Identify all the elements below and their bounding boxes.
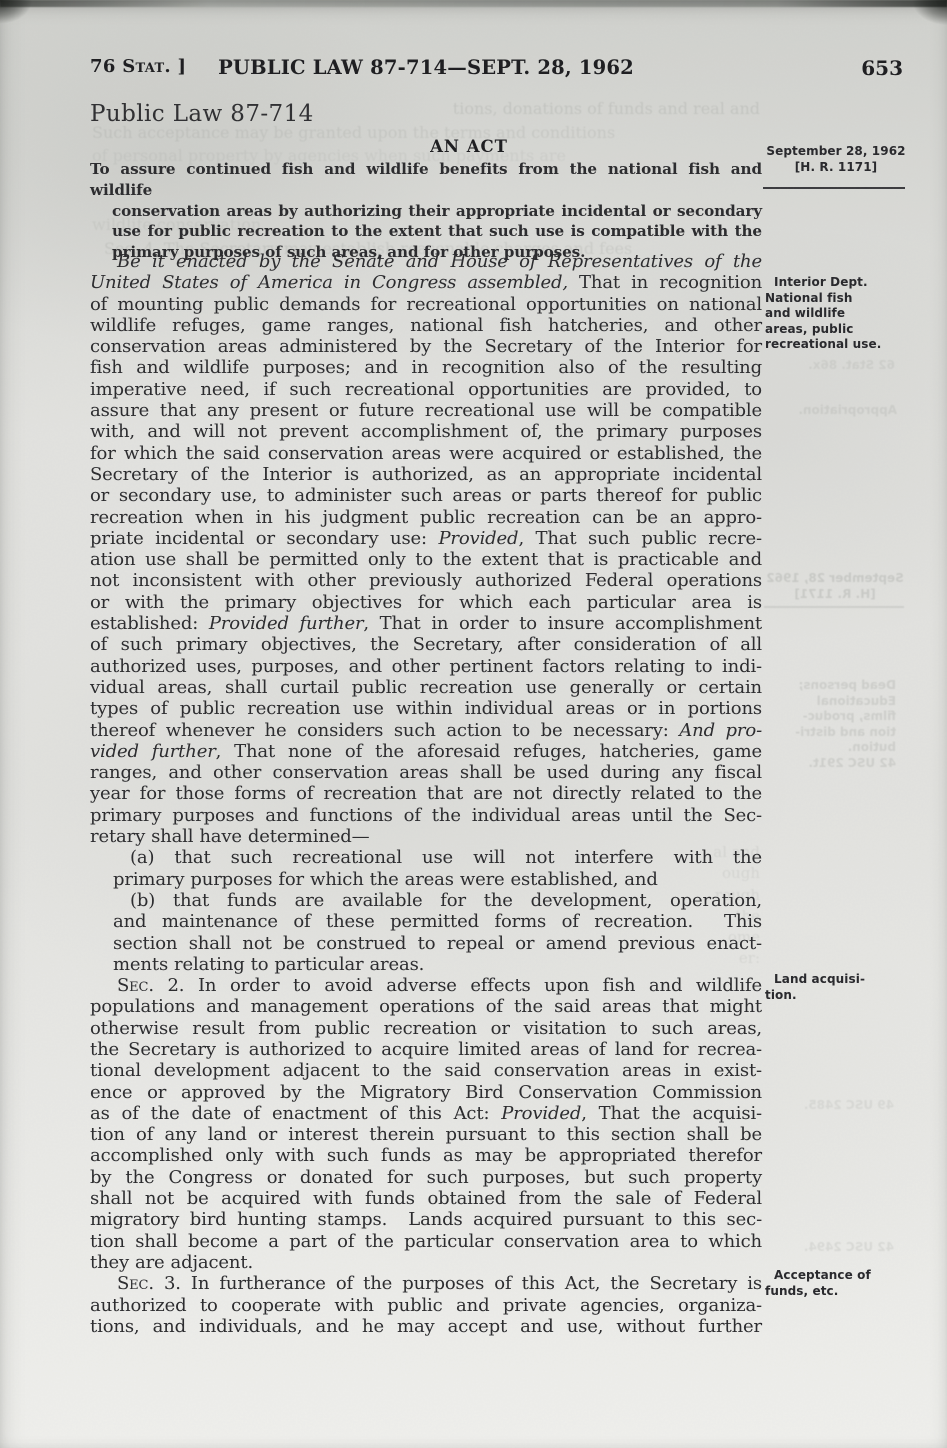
body-line: (b) that funds are available for the dev… bbox=[113, 890, 762, 911]
body-line: section shall not be construed to repeal… bbox=[113, 933, 762, 954]
body-line: retary shall have determined— bbox=[90, 826, 762, 847]
body-line: primary purposes for which the areas wer… bbox=[113, 869, 762, 890]
body-line: tion of any land or interest therein pur… bbox=[90, 1124, 762, 1145]
bleedthrough-text: Appropriation. bbox=[772, 403, 897, 417]
margin-note-line: Acceptance of bbox=[765, 1268, 907, 1284]
margin-note-line: and wildlife bbox=[765, 306, 907, 322]
margin-note-line: National fish bbox=[765, 291, 907, 307]
running-head: 76 Stat. ] PUBLIC LAW 87-714—SEPT. 28, 1… bbox=[0, 56, 947, 82]
scanned-statute-page: 76 Stat. ] PUBLIC LAW 87-714—SEPT. 28, 1… bbox=[0, 0, 947, 1448]
body-line: ments relating to particular areas. bbox=[113, 954, 762, 975]
body-line: (a) that such recreational use will not … bbox=[113, 847, 762, 868]
body-line: assure that any present or future recrea… bbox=[90, 400, 762, 421]
margin-note-rule bbox=[763, 187, 905, 189]
body-line: authorized to cooperate with public and … bbox=[90, 1295, 762, 1316]
body-line: ation use shall be permitted only to the… bbox=[90, 549, 762, 570]
body-line: the Secretary is authorized to acquire l… bbox=[90, 1039, 762, 1060]
margin-note-land-acquisition: Land acquisi-tion. bbox=[765, 972, 907, 1003]
body-line: tion shall become a part of the particul… bbox=[90, 1231, 762, 1252]
body-line: Be it enacted by the Senate and House of… bbox=[90, 251, 762, 272]
bleedthrough-text: tions, donations of funds and real and bbox=[298, 99, 760, 118]
body-line: and maintenance of these permitted forms… bbox=[113, 911, 762, 932]
body-line: established: Provided further, That in o… bbox=[90, 613, 762, 634]
body-line: United States of America in Congress ass… bbox=[90, 272, 762, 293]
body-line: ranges, and other conservation areas sha… bbox=[90, 762, 762, 783]
margin-note-line: [H. R. 1171] bbox=[765, 160, 907, 176]
margin-note-date: September 28, 1962[H. R. 1171] bbox=[765, 144, 907, 175]
body-line: or with the primary objectives for which… bbox=[90, 592, 762, 613]
scan-top-edge-shadow bbox=[0, 0, 947, 7]
bleedthrough-text: 42 USC 2494. bbox=[774, 1240, 894, 1254]
body-line: or secondary use, to administer such are… bbox=[90, 485, 762, 506]
preamble-line: conservation areas by authorizing their … bbox=[112, 201, 762, 222]
preamble-line: To assure continued fish and wildlife be… bbox=[90, 159, 762, 201]
body-line: wildlife refuges, game ranges, national … bbox=[90, 315, 762, 336]
body-line: recreation when in his judgment public r… bbox=[90, 507, 762, 528]
corner-smudge-top-left bbox=[0, 0, 46, 40]
body-line: ence or approved by the Migratory Bird C… bbox=[90, 1082, 762, 1103]
running-head-title: PUBLIC LAW 87-714—SEPT. 28, 1962 bbox=[90, 56, 762, 79]
corner-smudge-top-right bbox=[901, 0, 947, 40]
preamble-line: use for public recreation to the extent … bbox=[112, 221, 762, 242]
bleedthrough-text: September 28, 1962 [H. R. 1171] bbox=[764, 570, 906, 602]
body-line: priate incidental or secondary use: Prov… bbox=[90, 528, 762, 549]
act-preamble: To assure continued fish and wildlife be… bbox=[90, 159, 762, 263]
body-line: shall not be acquired with funds obtaine… bbox=[90, 1188, 762, 1209]
body-line: fish and wildlife purposes; and in recog… bbox=[90, 357, 762, 378]
margin-note-line: September 28, 1962 bbox=[765, 144, 907, 160]
margin-note-line: funds, etc. bbox=[765, 1284, 907, 1300]
body-line: they are adjacent. bbox=[90, 1252, 762, 1273]
body-line: vidual areas, shall curtail public recre… bbox=[90, 677, 762, 698]
page-number: 653 bbox=[861, 56, 903, 80]
public-law-title: Public Law 87-714 bbox=[90, 101, 314, 127]
body-line: Secretary of the Interior is authorized,… bbox=[90, 464, 762, 485]
bleedthrough-text: Dead persons; Educational films, produc-… bbox=[768, 678, 896, 771]
body-line: types of public recreation use within in… bbox=[90, 698, 762, 719]
act-heading: AN ACT bbox=[90, 137, 762, 156]
body-line: imperative need, if such recreational op… bbox=[90, 379, 762, 400]
body-line: by the Congress or donated for such purp… bbox=[90, 1167, 762, 1188]
body-line: year for those forms of recreation that … bbox=[90, 783, 762, 804]
body-line: Sec. 2. In order to avoid adverse effect… bbox=[90, 975, 762, 996]
margin-note-line: recreational use. bbox=[765, 337, 907, 353]
margin-note-line: Interior Dept. bbox=[765, 275, 907, 291]
margin-note-interior-dept: Interior Dept.National fishand wildlifea… bbox=[765, 275, 907, 353]
body-line: of mounting public demands for recreatio… bbox=[90, 294, 762, 315]
body-line: tional development adjacent to the said … bbox=[90, 1060, 762, 1081]
body-line: not inconsistent with other previously a… bbox=[90, 570, 762, 591]
bleedthrough-text: 62 Stat. 86x. bbox=[780, 358, 895, 372]
margin-note-line: areas, public bbox=[765, 322, 907, 338]
bleedthrough-rule bbox=[764, 606, 904, 608]
body-line: as of the date of enactment of this Act:… bbox=[90, 1103, 762, 1124]
body-line: primary purposes and functions of the in… bbox=[90, 805, 762, 826]
margin-note-acceptance-of-funds: Acceptance offunds, etc. bbox=[765, 1268, 907, 1299]
body-line: tions, and individuals, and he may accep… bbox=[90, 1316, 762, 1337]
body-line: authorized uses, purposes, and other per… bbox=[90, 656, 762, 677]
body-line: of such primary objectives, the Secretar… bbox=[90, 634, 762, 655]
margin-note-line: tion. bbox=[765, 988, 907, 1004]
body-line: accomplished only with such funds as may… bbox=[90, 1145, 762, 1166]
body-line: vided further, That none of the aforesai… bbox=[90, 741, 762, 762]
body-line: conservation areas administered by the S… bbox=[90, 336, 762, 357]
body-text: Be it enacted by the Senate and House of… bbox=[90, 251, 762, 1337]
body-line: otherwise result from public recreation … bbox=[90, 1018, 762, 1039]
body-line: with, and will not prevent accomplishmen… bbox=[90, 421, 762, 442]
body-line: thereof whenever he considers such actio… bbox=[90, 720, 762, 741]
body-line: Sec. 3. In furtherance of the purposes o… bbox=[90, 1273, 762, 1294]
body-line: for which the said conservation areas we… bbox=[90, 443, 762, 464]
body-line: migratory bird hunting stamps. Lands acq… bbox=[90, 1209, 762, 1230]
body-line: populations and management operations of… bbox=[90, 996, 762, 1017]
bleedthrough-text: 49 USC 2485. bbox=[774, 1098, 894, 1112]
margin-note-line: Land acquisi- bbox=[765, 972, 907, 988]
